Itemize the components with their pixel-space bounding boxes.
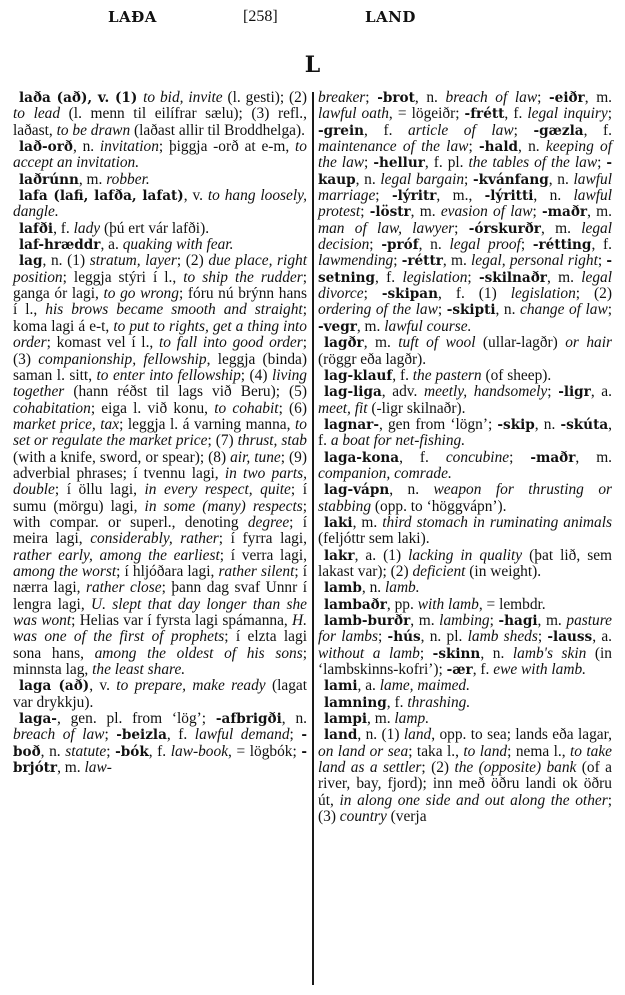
entry-text: ; nema l., <box>507 743 570 760</box>
entry-text: , a. <box>358 677 380 694</box>
headword: -skipti <box>447 302 496 318</box>
left-column: laða (að), v. (1) to bid, invite (l. ges… <box>13 90 307 776</box>
entry-text: , v. <box>184 187 208 204</box>
definition-text: in some (many) respects <box>145 498 303 515</box>
entry-text: , a. (1) <box>355 547 409 564</box>
entry-text: (laðast allir til Broddhelga). <box>130 122 305 139</box>
definition-text: the (opposite) bank <box>454 759 576 776</box>
entry-text: , n. (1) <box>42 252 89 269</box>
definition-text: rather early, among the earliest <box>13 547 220 564</box>
entry-text: , m. <box>547 269 581 286</box>
definition-text: to go wrong <box>103 285 178 302</box>
headword: lag-liga <box>324 384 382 400</box>
entry-text: ; <box>514 122 534 139</box>
definition-text: third stomach in ruminating animals <box>382 514 612 531</box>
dictionary-entry: lagðr, m. tuft of wool (ullar-lagðr) or … <box>318 335 612 368</box>
definition-text: quaking with fear. <box>123 236 234 253</box>
definition-text: legal inquiry <box>527 105 607 122</box>
entry-text: , f. <box>53 220 74 237</box>
dictionary-entry: lampi, m. lamp. <box>318 711 612 727</box>
definition-text: deficient <box>412 563 465 580</box>
running-head-last-word: LAND <box>365 8 416 26</box>
definition-text: land <box>404 726 431 743</box>
entry-text: ; (7) <box>207 432 237 449</box>
definition-text: without a lamb <box>318 645 420 662</box>
definition-text: lamb. <box>385 579 420 596</box>
headword: -ær <box>447 662 473 678</box>
section-letter-heading: L <box>0 52 625 78</box>
definition-text: statute <box>65 743 106 760</box>
right-column: breaker; -brot, n. breach of law; -eiðr,… <box>318 90 612 825</box>
entry-text: , m. <box>79 171 106 188</box>
definition-text: stratum, layer <box>90 252 177 269</box>
entry-text: , m. <box>57 759 84 776</box>
headword: -bók <box>115 744 149 760</box>
entry-text: , f. <box>504 105 527 122</box>
definition-text: maintenance of the law <box>318 138 468 155</box>
headword: lag-vápn <box>324 482 389 498</box>
entry-text: ; <box>290 726 302 743</box>
definition-text: to fall into good order <box>159 334 303 351</box>
entry-text: , n. <box>362 579 385 596</box>
entry-text: ; Helias var í fyrsta lagi spámanna, <box>71 612 292 629</box>
entry-text: ; komast vel í l., <box>47 334 159 351</box>
entry-text: ; taka l., <box>408 743 463 760</box>
definition-text: to land <box>463 743 507 760</box>
definition-text: on land or sea <box>318 743 408 760</box>
definition-text: meetly, handsomely <box>424 383 547 400</box>
headword: lami <box>324 678 358 694</box>
definition-text: with lamb <box>418 596 479 613</box>
headword: -grein <box>318 123 364 139</box>
headword: -brot <box>377 90 415 106</box>
definition-text: law­mending <box>318 252 393 269</box>
headword: lampi <box>324 711 367 727</box>
definition-text: to be drawn <box>57 122 131 139</box>
headword: laga-kona <box>324 450 399 466</box>
entry-text: ; (6) <box>279 400 307 417</box>
dictionary-entry: lafði, f. lady (þú ert vár lafði). <box>13 221 307 237</box>
dictionary-entry: lag, n. (1) stratum, layer; (2) due plac… <box>13 253 307 678</box>
definition-text: the least share. <box>92 661 185 678</box>
running-head-first-word: LAĐA <box>108 8 157 26</box>
headword: -maðr <box>530 450 575 466</box>
entry-text: , m. <box>585 89 612 106</box>
definition-text: the pastern <box>413 367 482 384</box>
entry-text: , m., <box>436 187 484 204</box>
entry-text: ; <box>608 301 612 318</box>
entry-text: , f. pl. <box>425 154 469 171</box>
headword: -ligr <box>558 384 591 400</box>
entry-text: , f. <box>591 236 612 253</box>
entry-text: ; <box>378 628 388 645</box>
entry-text: , n. <box>356 171 381 188</box>
definition-text: man of law, lawyer <box>318 220 454 237</box>
dictionary-entry: lamb-burðr, m. lambing; -hagi, m. pastur… <box>318 613 612 678</box>
entry-text: (þú ert vár lafði). <box>100 220 209 237</box>
dictionary-entry: laða (að), v. (1) to bid, invite (l. ges… <box>13 90 307 139</box>
entry-text: ; <box>537 89 549 106</box>
entry-text: , f. <box>387 694 408 711</box>
dictionary-entry: lag-vápn, n. weapon for thrusting or sta… <box>318 482 612 515</box>
entry-text: , gen from ‘lögn’; <box>379 416 497 433</box>
headword: -lauss <box>547 629 592 645</box>
dictionary-entry: lakr, a. (1) lacking in quality (þat lið… <box>318 548 612 581</box>
entry-text: (in weight). <box>465 563 541 580</box>
entry-text: , pp. <box>387 596 418 613</box>
entry-text: , m. <box>364 334 399 351</box>
entry-text: (opp. to ‘höggvápn’). <box>371 498 507 515</box>
headword: lað-orð <box>19 139 73 155</box>
entry-text: ; <box>509 449 530 466</box>
entry-text: ; <box>608 105 612 122</box>
dictionary-entry: land, n. (1) land, opp. to sea; lands eð… <box>318 727 612 825</box>
headword: lag <box>19 253 42 269</box>
definition-text: market price, tax <box>13 416 119 433</box>
definition-text: legislation <box>402 269 467 286</box>
definition-text: to bid, invite <box>143 89 223 106</box>
definition-text: ewe with lamb. <box>493 661 586 678</box>
headword: lamb <box>324 580 362 596</box>
entry-text: , n. <box>41 743 66 760</box>
running-head: LAĐA [258] LAND <box>0 8 625 28</box>
definition-text: legal proof <box>450 236 521 253</box>
dictionary-entry: laðrúnn, m. robber. <box>13 172 307 188</box>
definition-text: concubine <box>446 449 509 466</box>
definition-text: lawful oath <box>318 105 389 122</box>
entry-text: , m. <box>443 252 471 269</box>
entry-text: , n. <box>389 481 433 498</box>
headword: lambaðr <box>324 597 387 613</box>
dictionary-entry: lambaðr, pp. with lamb, = lembdr. <box>318 597 612 613</box>
entry-text: ; <box>438 301 447 318</box>
definition-text: considerably, rather <box>90 530 219 547</box>
entry-text: ; <box>538 628 548 645</box>
definition-text: cohabitation <box>13 400 91 417</box>
entry-text: ; í öllu lagi, <box>55 481 145 498</box>
definition-text: companion­ship, fellowship <box>38 351 206 368</box>
entry-text: , a. <box>100 236 122 253</box>
entry-text: , n. <box>533 187 573 204</box>
definition-text: ordering of the law <box>318 301 438 318</box>
entry-text: , adv. <box>382 383 424 400</box>
entry-text: ; <box>364 285 382 302</box>
entry-text: ; <box>369 236 381 253</box>
headword: -löstr <box>370 204 411 220</box>
dictionary-entry: laki, m. third stomach in ruminating ani… <box>318 515 612 548</box>
entry-text: , m. <box>411 203 441 220</box>
headword: laga- <box>19 711 57 727</box>
entry-text: , = lögbók; <box>228 743 301 760</box>
dictionary-entry: breaker; -brot, n. breach of law; -eiðr,… <box>318 90 612 335</box>
definition-text: legislation <box>511 285 576 302</box>
entry-text: , m. <box>587 203 612 220</box>
dictionary-entry: lag-liga, adv. meetly, handsomely; -ligr… <box>318 384 612 417</box>
entry-text: , = lembdr. <box>479 596 546 613</box>
entry-text: ; þiggja -orð at e-m, <box>159 138 295 155</box>
entry-text: , n. <box>496 301 520 318</box>
definition-text: rather close <box>86 579 162 596</box>
entry-text: , n. <box>549 171 574 188</box>
dictionary-entry: lagnar-, gen from ‘lögn’; -skip, n. -skú… <box>318 417 612 450</box>
definition-text: breach of law <box>13 726 104 743</box>
dictionary-entry: lafa (lafi, lafða, lafat), v. to hang lo… <box>13 188 307 221</box>
definition-text: thrust, stab <box>238 432 307 449</box>
entry-text: ; <box>360 203 370 220</box>
headword: -hellur <box>373 155 425 171</box>
dictionary-entry: laga (að), v. to prepare, make ready (la… <box>13 678 307 711</box>
definition-text: thrashing. <box>407 694 470 711</box>
entry-text: ; <box>547 383 558 400</box>
entry-text: (röggr eða lagðr). <box>318 351 426 368</box>
column-divider <box>312 92 314 985</box>
entry-text: , n. <box>73 138 100 155</box>
definition-text: lady <box>74 220 101 237</box>
entry-text: (hann réðst til lags við Beru); (5) <box>64 383 307 400</box>
headword: lamb-burðr <box>324 613 410 629</box>
definition-text: legal bargain <box>380 171 464 188</box>
entry-text: ; (4) <box>241 367 272 384</box>
headword: -skip <box>497 417 534 433</box>
entry-text: ; eiga l. við konu, <box>91 400 214 417</box>
definition-text: lacking in quality <box>408 547 522 564</box>
headword: -órskurðr <box>469 221 541 237</box>
entry-text: (with a knife, sword, or spear); (8) <box>13 449 230 466</box>
headword: -réttr <box>402 253 443 269</box>
definition-text: legal, personal right <box>471 252 598 269</box>
definition-text: lamb's skin <box>513 645 586 662</box>
dictionary-entry: lamning, f. thrashing. <box>318 695 612 711</box>
definition-text: to lead <box>13 105 60 122</box>
headword: -eiðr <box>549 90 585 106</box>
headword: lakr <box>324 548 355 564</box>
definition-text: country <box>340 808 387 825</box>
entry-text: (l. gesti); (2) <box>223 89 307 106</box>
entry-text: ; <box>467 269 479 286</box>
headword: lamning <box>324 695 387 711</box>
definition-text: breaker <box>318 89 365 106</box>
dictionary-entry: lamb, n. lamb. <box>318 580 612 596</box>
definition-text: the tables of the law <box>469 154 598 171</box>
entry-text: ; <box>106 743 115 760</box>
entry-text: , n. pl. <box>421 628 468 645</box>
headword: -gæzla <box>533 123 583 139</box>
definition-text: his brows became smooth and straight <box>45 301 302 318</box>
entry-text: (verja <box>387 808 427 825</box>
dictionary-entry: lami, a. lame, maimed. <box>318 678 612 694</box>
definition-text: rather silent <box>218 563 294 580</box>
definition-text: change of law <box>520 301 608 318</box>
headword: -beizla <box>116 727 167 743</box>
entry-text: ; í fyrra lagi, <box>219 530 307 547</box>
entry-text: ; <box>597 154 606 171</box>
headword: -hald <box>479 139 518 155</box>
definition-text: invitation <box>100 138 159 155</box>
page-number: [258] <box>243 8 278 26</box>
entry-text: ; <box>364 154 373 171</box>
entry-text: , f. <box>375 269 402 286</box>
headword: laðrúnn <box>19 172 79 188</box>
headword: laga (að) <box>19 678 89 694</box>
entry-text: , a. <box>591 383 612 400</box>
definition-text: law- <box>84 759 111 776</box>
headword: -rétting <box>533 237 592 253</box>
headword: -lýritti <box>485 188 534 204</box>
definition-text: in every respect, quite <box>144 481 290 498</box>
headword: -próf <box>381 237 418 253</box>
entry-text: ; (2) <box>177 252 209 269</box>
entry-text: ; leggja l. á varning manna, <box>119 416 295 433</box>
entry-text: , f. <box>149 743 171 760</box>
entry-text: , m. <box>353 514 383 531</box>
entry-text: (of sheep). <box>482 367 552 384</box>
definition-text: among the oldest of his sons <box>95 645 303 662</box>
definition-text: a boat for net-fishing. <box>331 432 465 449</box>
headword: laki <box>324 515 353 531</box>
definition-text: companion, comrade. <box>318 465 452 482</box>
entry-text: , n. <box>535 416 561 433</box>
definition-text: degree <box>248 514 289 531</box>
entry-text: ; (2) <box>421 759 454 776</box>
entry-text: , f. (1) <box>438 285 511 302</box>
headword: -hús <box>388 629 421 645</box>
headword: land <box>324 727 357 743</box>
entry-text: , f. <box>167 726 195 743</box>
headword: -lýritr <box>392 188 436 204</box>
entry-text: , f. <box>364 122 408 139</box>
headword: -skúta <box>560 417 608 433</box>
entry-text: , m. <box>541 220 581 237</box>
dictionary-entry: lað-orð, n. invitation; þiggja -orð at e… <box>13 139 307 172</box>
entry-text: ; <box>464 171 473 188</box>
entry-text: , m. <box>357 318 384 335</box>
definition-text: among the worst <box>13 563 116 580</box>
entry-text: , f. <box>584 122 612 139</box>
entry-text: ; <box>454 220 469 237</box>
dictionary-entry: laga-, gen. pl. from ‘lög’; -afbrigði, n… <box>13 711 307 776</box>
entry-text: ; <box>420 645 433 662</box>
entry-text: ; í hljóðara lagi, <box>116 563 218 580</box>
definition-text: article of law <box>408 122 514 139</box>
entry-text: , opp. to sea; lands eða lagar, <box>431 726 612 743</box>
definition-text: to enter into fellowship <box>97 367 241 384</box>
dictionary-entry: laf-hræddr, a. quaking with fear. <box>13 237 307 253</box>
entry-text: ; <box>490 612 499 629</box>
entry-text: , = lögeiðr; <box>389 105 465 122</box>
headword: -skil­naðr <box>479 270 547 286</box>
definition-text: tuft of wool <box>398 334 475 351</box>
definition-text: law-book <box>171 743 228 760</box>
definition-text: to prepare, make ready <box>116 677 265 694</box>
headword: -vegr <box>318 319 357 335</box>
entry-text: , n. <box>480 645 513 662</box>
headword: lagðr <box>324 335 364 351</box>
definition-text: air, tune <box>230 449 281 466</box>
headword: lagnar- <box>324 417 379 433</box>
entry-text: ; <box>104 726 116 743</box>
entry-text: (ullar-lagðr) <box>476 334 566 351</box>
definition-text: lawful course. <box>384 318 471 335</box>
entry-text: ; (2) <box>576 285 612 302</box>
entry-text: ; leggja stýri í l., <box>63 269 184 286</box>
entry-text: , m. <box>538 612 567 629</box>
entry-text: ; <box>393 252 401 269</box>
headword: lafði <box>19 221 53 237</box>
entry-text: , gen. pl. from ‘lög’; <box>57 710 216 727</box>
definition-text: lame, maimed. <box>380 677 470 694</box>
entry-text: , n. <box>419 236 450 253</box>
entry-text: , f. <box>399 449 446 466</box>
definition-text: lawful demand <box>195 726 290 743</box>
entry-text: , n. <box>415 89 446 106</box>
headword: laða (að), v. (1) <box>19 90 143 106</box>
entry-text: , v. <box>89 677 116 694</box>
entry-text: ; <box>521 236 533 253</box>
headword: lafa (lafi, lafða, lafat) <box>19 188 184 204</box>
headword: lag-klauf <box>324 368 392 384</box>
entry-text: , n. <box>518 138 546 155</box>
headword: -maðr <box>542 204 587 220</box>
entry-text: , n. (1) <box>357 726 403 743</box>
entry-text: , m. <box>410 612 439 629</box>
entry-text: , f. <box>473 661 494 678</box>
headword: -skipan <box>382 286 438 302</box>
headword: -afbrigði <box>216 711 282 727</box>
headword: -hagi <box>499 613 538 629</box>
headword: -skinn <box>433 646 481 662</box>
definition-text: to cohabit <box>214 400 278 417</box>
definition-text: meet, fit <box>318 400 368 417</box>
entry-text: ; <box>365 89 377 106</box>
definition-text: breach of law <box>446 89 538 106</box>
entry-text: , m. <box>575 449 612 466</box>
dictionary-entry: lag-klauf, f. the pastern (of sheep). <box>318 368 612 384</box>
entry-text: (-ligr skilnaðr). <box>368 400 466 417</box>
entry-text: ; <box>533 203 543 220</box>
definition-text: lamb sheds <box>468 628 538 645</box>
definition-text: robber. <box>106 171 149 188</box>
definition-text: in along one side and out along the othe… <box>339 792 607 809</box>
entry-text: (feljóttr sem laki). <box>318 530 430 547</box>
dictionary-entry: laga-kona, f. concubine; -maðr, m. compa… <box>318 450 612 483</box>
definition-text: evasion of law <box>441 203 533 220</box>
definition-text: lamp. <box>394 710 429 727</box>
definition-text: to ship the rudder <box>183 269 302 286</box>
entry-text: , a. <box>592 628 612 645</box>
headword: laf-hræddr <box>19 237 100 253</box>
entry-text: ; <box>468 138 479 155</box>
entry-text: , m. <box>367 710 394 727</box>
definition-text: or hair <box>565 334 612 351</box>
entry-text: , f. <box>392 367 413 384</box>
headword: -frétt <box>465 106 505 122</box>
headword: -kván­fang <box>473 172 549 188</box>
entry-text: , n. <box>282 710 307 727</box>
entry-text: ; í verra lagi, <box>220 547 307 564</box>
entry-text: ; <box>375 187 392 204</box>
definition-text: lambing <box>439 612 489 629</box>
